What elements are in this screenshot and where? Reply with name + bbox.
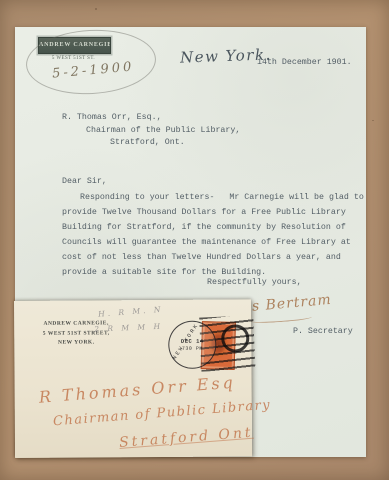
recipient-line: Chairman of the Public Library, <box>86 126 240 135</box>
body-line: Responding to your letters- Mr Carnegie … <box>80 193 364 202</box>
body-line: Building for Stratford, if the community… <box>62 223 346 232</box>
typed-date: 14th December 1901. <box>257 58 352 67</box>
body-line: provide Twelve Thousand Dollars for a Fr… <box>62 208 346 217</box>
pencil-note: H. R M. N <box>98 305 164 319</box>
signature-flourish <box>250 314 312 324</box>
postmark-date: DEC 14 <box>169 338 215 345</box>
recipient-line: Stratford, Ont. <box>110 138 185 147</box>
mat-speck <box>95 8 97 10</box>
pencil-note: 2 R M M H <box>94 322 163 334</box>
postmark: NEW YORK DEC 14 730 PM <box>168 321 216 369</box>
postmark-time: 730 PM <box>169 346 215 352</box>
closing: Respectfully yours, <box>207 278 302 287</box>
body-line: provide a suitable site for the Building… <box>62 268 266 277</box>
body-line: Councils will guarantee the maintenance … <box>62 238 351 247</box>
body-line: cost of not less than Twelve Hundred Dol… <box>62 253 341 262</box>
envelope-address-line: Stratford Ont <box>119 425 255 451</box>
mat-speck <box>372 120 374 121</box>
return-address-line: NEW YORK. <box>30 338 122 348</box>
cancellation-ring <box>221 324 249 352</box>
recipient-line: R. Thomas Orr, Esq., <box>62 113 162 122</box>
salutation: Dear Sir, <box>62 177 107 186</box>
signer-title: P. Secretary <box>293 327 353 336</box>
photo-of-letter-and-envelope: ANDREW CARNEGIE 5 WEST 51ST ST. 5-2-1900… <box>0 0 389 480</box>
envelope: ANDREW CARNEGIE, 5 WEST 51ST STREET, NEW… <box>14 299 252 458</box>
